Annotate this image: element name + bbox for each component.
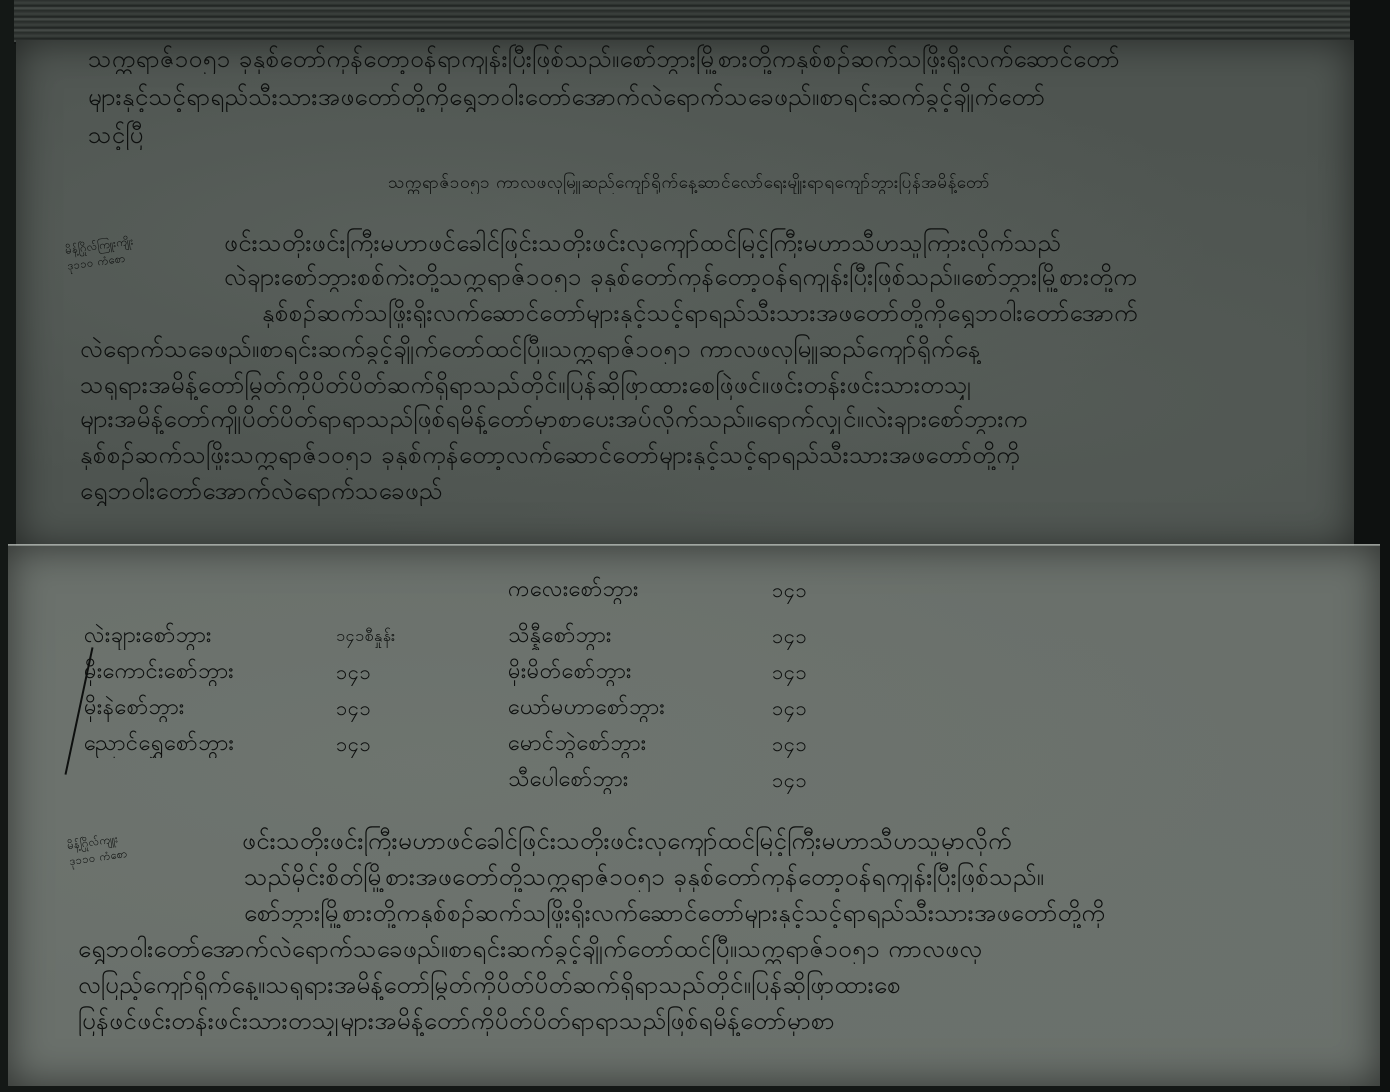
text-line: သည်မိုင်းစိတ်မြို့စားအဖတော်တို့သက္ကရာဇ်၁…: [244, 862, 1244, 892]
list-item-value: ၁၄၁: [772, 766, 807, 794]
text-line: နှစ်စဉ်ဆက်သဖြိုးသက္ကရာဇ်၁၀၅၁ ခုနှစ်ကုန်တ…: [80, 440, 1324, 470]
text-line: များအမိန့်တော်ကျိုပိတ်ပိတ်ရာရာသည်ဖြစ်ရမိ…: [80, 404, 1324, 434]
list-item-value: ၁၄၁: [772, 576, 807, 604]
text-line: သရုရားအမိန့်တော်မြွတ်ကိုပိတ်ပိတ်ဆက်ရှိရာ…: [80, 370, 1324, 400]
list-item-value: ၁၄၁: [772, 622, 807, 650]
list-item-name: ညောင်ရွှေစော်ဘွား: [84, 730, 234, 758]
marginal-note: မိန့်ဂြိုလ်ကြူးကျိုး ဒု၁၁ဝ ကံစော: [64, 233, 137, 274]
list-item-value: ၁၄၁: [336, 694, 371, 722]
text-line: သင့်ပြီ: [88, 120, 288, 150]
list-item-name: မိုးနဲစော်ဘွား: [84, 694, 185, 722]
marginal-note: မိန့်ဂြိုလ်ကျူး ဒု၁၁ဝ ကံစော: [66, 830, 129, 870]
text-line: ရွှေဘဝါးတော်အောက်လဲရောက်သခေဖည်: [80, 476, 680, 506]
text-line: စော်ဘွားမြို့စားတို့ကနှစ်စဉ်ဆက်သဖြိုးရို…: [244, 898, 1344, 928]
manuscript-page-top: သက္ကရာဇ်၁၀၅၁ ခုနှစ်တော်ကုန်တော့ဝန်ရာကျန်…: [16, 40, 1354, 550]
list-item-name: ကလေးစော်ဘွား: [508, 576, 639, 604]
manuscript-binding-edge: [14, 0, 1354, 44]
text-line: သက္ကရာဇ်၁၀၅၁ ခုနှစ်တော်ကုန်တော့ဝန်ရာကျန်…: [88, 44, 1328, 74]
text-line: လပြည့်ကျော်ရိုက်နေ့။သရုရားအမိန့်တော်မြွတ…: [78, 970, 1338, 1000]
list-item-name: သိန္နီစော်ဘွား: [508, 622, 612, 650]
list-item-value: ၁၄၁စီနှုန်း: [336, 622, 396, 650]
text-line: များနှင့်သင့်ရာရည်သီးသားအဖတော်တို့ကိုရွှ…: [88, 82, 1328, 112]
text-line: လဲချားစော်ဘွားစစ်ကဲးတို့သက္ကရာဇ်၁၀၅၁ ခုန…: [224, 262, 1324, 292]
list-item-value: ၁၄၁: [772, 730, 807, 758]
manuscript-page-bottom: ကလေးစော်ဘွား ၁၄၁ လဲးချားစော်ဘွား ၁၄၁စီနှ…: [8, 546, 1380, 1086]
text-line: နှစ်စဉ်ဆက်သဖြိုးရိုးလက်ဆောင်တော်များနှင့…: [262, 298, 1322, 328]
text-line: လဲရောက်သခေဖည်။စာရင်းဆက်ခွင့်ချိုက်တော်ထင…: [80, 334, 1324, 364]
section-heading: သက္ကရာဇ်၁၀၅၁ ကာလဖလှမြူဆည်ကျော်ရိုက်နေ့ဆာ…: [388, 172, 1088, 194]
list-item-value: ၁၄၁: [772, 658, 807, 686]
list-item-name: သီပေါစော်ဘွား: [508, 766, 629, 794]
list-item-value: ၁၄၁: [336, 730, 371, 758]
list-item-value: ၁၄၁: [336, 658, 371, 686]
list-item-name: လဲးချားစော်ဘွား: [84, 622, 212, 650]
text-line: ဖင်းသတိုးဖင်းကြီးမဟာဖင်ခေါင်ဖြင်းသတိုးဖင…: [242, 826, 1242, 856]
list-item-name: မိုးကောင်းစော်ဘွား: [84, 658, 234, 686]
text-line: ရွှေဘဝါးတော်အောက်လဲရောက်သခေဖည်။စာရင်းဆက်…: [78, 934, 1338, 964]
list-item-name: ယော်မဟာစော်ဘွား: [508, 694, 665, 722]
list-item-value: ၁၄၁: [772, 694, 807, 722]
text-line: ဖင်းသတိုးဖင်းကြီးမဟာဖင်ခေါင်ဖြင်းသတိုးဖင…: [224, 228, 1324, 258]
text-line: ပြန်ဖင်ဖင်းတန်းဖင်းသားတသျှများအမိန့်တော်…: [78, 1006, 1338, 1036]
list-item-name: မိုးမိတ်စော်ဘွား: [508, 658, 632, 686]
list-item-name: မောင်ဘွဲစော်ဘွား: [508, 730, 647, 758]
